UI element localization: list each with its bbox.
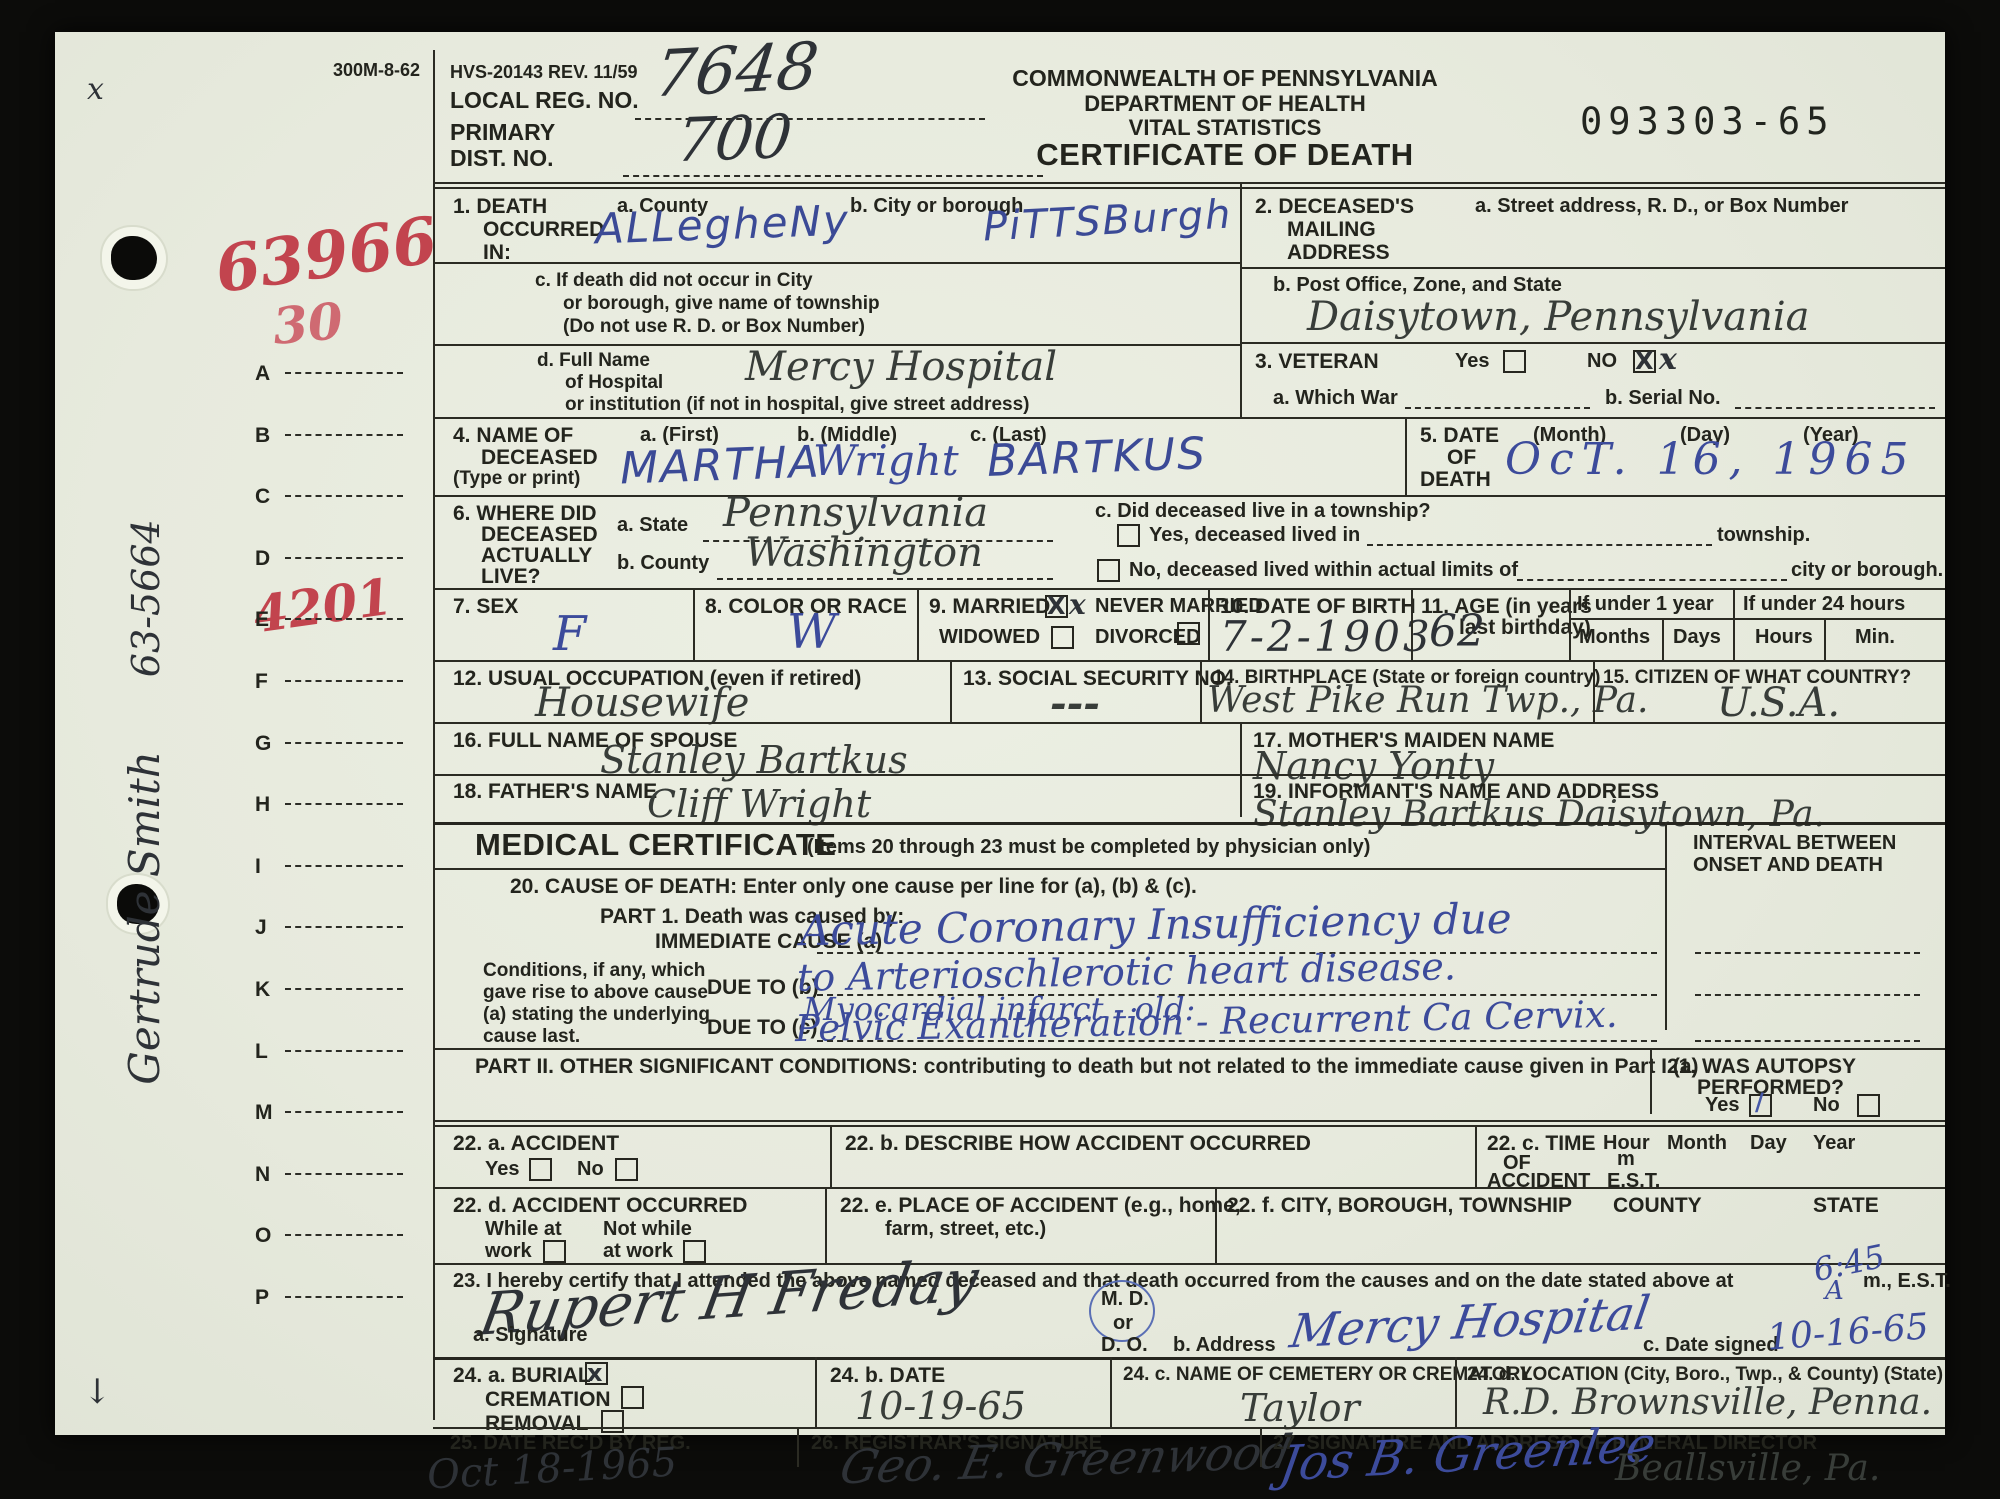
s6b-value: Washington	[745, 530, 983, 576]
s2a-label: a. Street address, R. D., or Box Number	[1475, 195, 1848, 217]
s6-label-3: ACTUALLY	[481, 544, 592, 568]
primary-dist-value: 700	[673, 102, 795, 176]
s22a-no-checkbox	[615, 1158, 638, 1183]
divider	[433, 868, 1665, 870]
s27-address-value: Beallsville, Pa.	[1615, 1448, 1880, 1480]
index-letter-row: M	[255, 1101, 403, 1125]
s1-label-3: IN:	[483, 241, 511, 265]
local-reg-value: 7648	[651, 29, 823, 112]
divider	[1824, 618, 1826, 660]
s22a-yes-checkbox	[529, 1158, 552, 1183]
index-letter-row: L	[255, 1040, 403, 1064]
stub-red-number-h: 4201	[250, 567, 396, 645]
index-letter-line	[285, 865, 403, 867]
divider	[1208, 588, 1210, 660]
s1a-value: ALLegheNy	[594, 196, 850, 254]
s22f-label: 22. f. CITY, BOROUGH, TOWNSHIP	[1227, 1194, 1572, 1218]
divider	[433, 417, 1945, 419]
divider	[950, 660, 952, 722]
index-letter-label: O	[255, 1224, 285, 1248]
stub-vertical-name: Gertrude Smith	[120, 751, 169, 1085]
index-letter-line	[285, 557, 403, 559]
divider	[1569, 588, 1571, 660]
divider	[1110, 1357, 1112, 1427]
index-letter-label: K	[255, 978, 285, 1002]
s21-no-label: No	[1813, 1094, 1840, 1116]
s3-no-pen-mark: x	[1659, 342, 1677, 377]
stub-form-code: 300M-8-62	[333, 60, 420, 80]
s3-war-line	[1405, 407, 1590, 409]
index-letter-label: D	[255, 547, 285, 571]
certificate-title: CERTIFICATE OF DEATH	[915, 138, 1535, 173]
divider	[917, 588, 919, 660]
s1d-label-1: d. Full Name	[537, 350, 650, 371]
s21-yes-label: Yes	[1705, 1094, 1739, 1116]
s1-label-2: OCCURRED	[483, 218, 604, 242]
s5-value: OcT. 16, 1965	[1505, 434, 1917, 485]
divider	[433, 262, 1240, 264]
s6c-label: c. Did deceased live in a township?	[1095, 500, 1431, 522]
divider	[1240, 722, 1242, 817]
index-letter-line	[285, 1111, 403, 1113]
s4-label-3: (Type or print)	[453, 468, 580, 489]
stub-bottom-mark: ↓	[83, 1372, 112, 1412]
s24c-value: Taylor	[1240, 1386, 1360, 1430]
index-letter-line	[285, 1234, 403, 1236]
index-letter-line	[285, 803, 403, 805]
s11-under24h-label: If under 24 hours	[1743, 593, 1905, 615]
divider	[1215, 1187, 1217, 1263]
s23-address-label: b. Address	[1173, 1334, 1276, 1356]
s6-label-1: 6. WHERE DID	[453, 502, 597, 526]
conditions-label-1: Conditions, if any, which	[483, 960, 705, 981]
s3-yes-label: Yes	[1455, 350, 1489, 372]
s14-value: West Pike Run Twp., Pa.	[1207, 680, 1648, 721]
divider	[433, 1187, 1945, 1189]
medical-certificate-title: MEDICAL CERTIFICATE	[475, 828, 836, 863]
s3-no-checkbox: X	[1633, 350, 1656, 375]
s10-value: 7-2-1903	[1220, 612, 1433, 661]
s6-township-line	[1367, 544, 1712, 546]
s22a-yes-label: Yes	[485, 1158, 519, 1180]
divider	[1455, 1357, 1457, 1427]
s2-label-3: ADDRESS	[1287, 241, 1390, 265]
index-letter-label: N	[255, 1163, 285, 1187]
s23-time-suffix: m., E.S.T.	[1863, 1270, 1951, 1292]
s9-label: 9. MARRIED	[929, 595, 1050, 619]
interval-label-1: INTERVAL BETWEEN	[1693, 832, 1896, 854]
death-certificate-scan: 300M-8-62 x 63966 30 4201 Gertrude Smith…	[55, 32, 1945, 1435]
index-letter-row: N	[255, 1163, 403, 1187]
form-revision-code: HVS-20143 REV. 11/59	[450, 62, 637, 82]
s6-label-2: DECEASED	[481, 523, 598, 547]
s11-months-label: Months	[1579, 626, 1650, 648]
divider	[1240, 267, 1945, 269]
index-letter-row: O	[255, 1224, 403, 1248]
s22d-work-label: work	[485, 1240, 532, 1262]
s3-label: 3. VETERAN	[1255, 350, 1379, 374]
s23-am-mark: A	[1825, 1276, 1844, 1306]
divider	[1733, 588, 1735, 660]
divider	[1240, 182, 1242, 417]
index-letter-line	[285, 680, 403, 682]
index-letter-row: H	[255, 793, 403, 817]
s22d-work-checkbox	[543, 1240, 566, 1265]
index-letter-label: J	[255, 916, 285, 940]
primary-dist-label-1: PRIMARY	[450, 120, 555, 146]
s5-label-3: DEATH	[1420, 468, 1491, 492]
divider	[1593, 660, 1595, 722]
s22d-label: 22. d. ACCIDENT OCCURRED	[453, 1194, 747, 1218]
interval-label-2: ONSET AND DEATH	[1693, 854, 1883, 876]
index-letter-row: D	[255, 547, 403, 571]
s22c-month-label: Month	[1667, 1132, 1727, 1154]
index-letter-row: I	[255, 855, 403, 879]
s23-signature-label: a. Signature	[473, 1324, 587, 1346]
s22d-atwork-checkbox	[683, 1240, 706, 1265]
s6-city-line	[1517, 579, 1787, 581]
s6a-label: a. State	[617, 514, 688, 536]
s22c-day-label: Day	[1750, 1132, 1787, 1154]
s18-value: Cliff Wright	[647, 782, 871, 826]
s6-yes-checkbox	[1117, 524, 1140, 549]
s5-label-2: OF	[1447, 446, 1476, 470]
index-letter-label: G	[255, 732, 285, 756]
index-letter-line	[285, 1050, 403, 1052]
index-letter-line	[285, 1173, 403, 1175]
s1d-label-3: or institution (if not in hospital, give…	[565, 394, 1029, 415]
s24a-burial-checkbox: x	[585, 1362, 608, 1387]
s21-label-1: 21. WAS AUTOPSY	[1667, 1055, 1856, 1079]
s23-address-value: Mercy Hospital	[1286, 1285, 1653, 1358]
s3-serial-label: b. Serial No.	[1605, 387, 1721, 409]
s15-value: U.S.A.	[1717, 680, 1840, 726]
title-department: DEPARTMENT OF HEALTH	[915, 92, 1535, 117]
stub-vertical-note: Gertrude Smith 63-5664	[120, 352, 180, 1252]
s7-label: 7. SEX	[453, 595, 518, 619]
index-letter-row: G	[255, 732, 403, 756]
s3-yes-checkbox	[1503, 350, 1526, 375]
s19-value: Stanley Bartkus Daisytown, Pa.	[1253, 794, 1825, 835]
divider	[1733, 618, 1945, 620]
s22a-no-label: No	[577, 1158, 604, 1180]
index-letter-label: L	[255, 1040, 285, 1064]
divider	[433, 1263, 1945, 1265]
s7-value: F	[553, 606, 586, 662]
index-letter-label: H	[255, 793, 285, 817]
s6b-label: b. County	[617, 552, 709, 574]
s1c-label-1: c. If death did not occur in City	[535, 270, 813, 291]
s22d-atwork-label: at work	[603, 1240, 673, 1262]
s2b-value: Daisytown, Pennsylvania	[1307, 294, 1810, 340]
s11-value: 62	[1429, 606, 1485, 657]
certificate-number-stamp: 093303-65	[1580, 100, 1834, 143]
index-letter-row: B	[255, 424, 403, 448]
divider	[830, 1125, 832, 1187]
index-letter-label: B	[255, 424, 285, 448]
index-letter-line	[285, 988, 403, 990]
s3-serial-line	[1735, 407, 1935, 409]
index-letter-row: F	[255, 670, 403, 694]
s12-value: Housewife	[535, 680, 749, 726]
s24a-cremation-label: CREMATION	[485, 1388, 611, 1412]
index-letter-label: P	[255, 1286, 285, 1310]
part2-label: PART II. OTHER SIGNIFICANT CONDITIONS: c…	[475, 1055, 1699, 1079]
s6b-line	[717, 578, 1053, 580]
index-letter-line	[285, 926, 403, 928]
local-reg-label: LOCAL REG. NO.	[450, 88, 639, 114]
divider	[1260, 1427, 1262, 1467]
index-letter-row: C	[255, 485, 403, 509]
index-letter-row: A	[255, 362, 403, 386]
index-letter-row: E	[255, 608, 403, 632]
s22a-label: 22. a. ACCIDENT	[453, 1132, 619, 1156]
s21-yes-checkbox: /	[1749, 1094, 1772, 1119]
index-letter-line	[285, 372, 403, 374]
divider	[433, 1120, 1945, 1122]
index-letter-row: K	[255, 978, 403, 1002]
s1d-label-2: of Hospital	[565, 372, 663, 393]
s20-label: 20. CAUSE OF DEATH: Enter only one cause…	[510, 875, 1197, 899]
divider	[433, 182, 1945, 184]
divider	[1240, 342, 1945, 344]
divider	[433, 1048, 1945, 1050]
s9-widowed-checkbox	[1051, 626, 1074, 651]
divider	[797, 1427, 799, 1467]
s3-war-label: a. Which War	[1273, 387, 1398, 409]
s1d-value: Mercy Hospital	[745, 344, 1057, 390]
medical-certificate-subtitle: (Items 20 through 23 must be completed b…	[807, 836, 1370, 858]
s22f-state-label: STATE	[1813, 1194, 1879, 1218]
s1c-label-3: (Do not use R. D. or Box Number)	[563, 316, 865, 337]
s9-divorced-label: DIVORCED	[1095, 626, 1201, 648]
s4-middle-name: Wright	[813, 436, 959, 485]
s1c-label-2: or borough, give name of township	[563, 293, 880, 314]
s22c-est-label: E.S.T.	[1607, 1170, 1660, 1192]
s2-label-2: MAILING	[1287, 218, 1376, 242]
divider	[433, 774, 1945, 776]
s22f-county-label: COUNTY	[1613, 1194, 1702, 1218]
s23-do-label: D. O.	[1101, 1334, 1148, 1356]
divider	[433, 187, 1945, 189]
divider	[1650, 1048, 1652, 1114]
divider	[433, 1125, 1945, 1127]
index-letter-label: A	[255, 362, 285, 386]
s23-date-signed-label: c. Date signed	[1643, 1334, 1779, 1356]
divider	[433, 822, 1945, 825]
s24d-value: R.D. Brownsville, Penna.	[1483, 1382, 1932, 1423]
divider	[1569, 618, 1733, 620]
punch-hole-top	[111, 236, 157, 280]
s3-no-label: NO	[1587, 350, 1617, 372]
conditions-label-2: gave rise to above cause	[483, 982, 708, 1003]
s1-label-1: 1. DEATH	[453, 195, 547, 219]
s24a-burial-label: 24. a. BURIAL	[453, 1364, 591, 1388]
index-letter-label: C	[255, 485, 285, 509]
s22c-year-label: Year	[1813, 1132, 1855, 1154]
s22b-label: 22. b. DESCRIBE HOW ACCIDENT OCCURRED	[845, 1132, 1311, 1156]
index-letter-label: I	[255, 855, 285, 879]
s11-days-label: Days	[1673, 626, 1721, 648]
s22e-label-2: farm, street, etc.)	[885, 1218, 1046, 1240]
s9-married-checkbox: X	[1045, 595, 1068, 620]
s23-date-signed-value: 10-16-65	[1766, 1306, 1930, 1358]
s22d-notwhile-label: Not while	[603, 1218, 692, 1240]
s9-married-pen-mark: x	[1069, 588, 1086, 621]
divider	[433, 660, 1945, 662]
divider	[433, 495, 1945, 497]
s22c-m-label: m	[1617, 1148, 1635, 1170]
index-letter-label: F	[255, 670, 285, 694]
s23-md-label: M. D.	[1101, 1288, 1149, 1310]
s6-township-label: township.	[1717, 524, 1810, 546]
index-letter-line	[285, 495, 403, 497]
s24a-cremation-checkbox	[621, 1386, 644, 1411]
s4-label-2: DECEASED	[481, 446, 598, 470]
s4-label-1: 4. NAME OF	[453, 424, 573, 448]
divider	[815, 1357, 817, 1427]
s2-label-1: 2. DECEASED'S	[1255, 195, 1414, 219]
s6-no-line-label: No, deceased lived within actual limits …	[1129, 559, 1518, 581]
s6-city-borough-label: city or borough.	[1791, 559, 1943, 581]
stub-vertical-number: 63-5664	[124, 519, 168, 677]
divider	[1405, 417, 1407, 495]
index-letter-label: M	[255, 1101, 285, 1125]
divider	[1665, 822, 1667, 1030]
stub-red-number-2: 30	[271, 291, 345, 356]
divider	[693, 588, 695, 660]
divider	[433, 588, 1945, 590]
s11-hours-label: Hours	[1755, 626, 1813, 648]
primary-dist-label-2: DIST. NO.	[450, 146, 554, 172]
s24b-value: 10-19-65	[855, 1384, 1026, 1428]
index-letter-line	[285, 1296, 403, 1298]
divider	[1662, 618, 1664, 660]
s6-label-4: LIVE?	[481, 565, 541, 589]
s9-widowed-label: WIDOWED	[939, 626, 1040, 648]
divider	[1200, 660, 1202, 722]
interval-b-line	[1695, 994, 1920, 996]
s13-value: ---	[1050, 680, 1100, 727]
s8-value: W	[787, 604, 836, 660]
index-letter-line	[285, 434, 403, 436]
index-letter-label: E	[255, 608, 285, 632]
divider	[433, 1357, 1945, 1360]
conditions-label-3: (a) stating the underlying	[483, 1004, 710, 1025]
s6-yes-line-label: Yes, deceased lived in	[1149, 524, 1360, 546]
interval-a-line	[1695, 952, 1920, 954]
conditions-label-4: cause last.	[483, 1026, 580, 1047]
s11-under1yr-label: If under 1 year	[1577, 593, 1714, 615]
divider	[825, 1187, 827, 1263]
s11-min-label: Min.	[1855, 626, 1895, 648]
index-letter-line	[285, 618, 403, 620]
index-letter-row: J	[255, 916, 403, 940]
s6-no-checkbox	[1097, 559, 1120, 584]
s5-label-1: 5. DATE	[1420, 424, 1499, 448]
cause-c-line	[817, 1040, 1657, 1042]
divider	[433, 722, 1945, 724]
s23-or-label: or	[1113, 1312, 1133, 1334]
index-letter-row: P	[255, 1286, 403, 1310]
stub-x-mark: x	[87, 72, 104, 107]
divider	[1411, 588, 1413, 660]
stub-divider	[433, 50, 435, 1420]
s4-first-name: MARTHA	[619, 437, 821, 495]
interval-c-line	[1695, 1040, 1920, 1042]
s22c-accident-label: ACCIDENT	[1487, 1170, 1590, 1192]
s18-label: 18. FATHER'S NAME	[453, 780, 657, 804]
s21-no-checkbox	[1857, 1094, 1880, 1119]
s22e-label-1: 22. e. PLACE OF ACCIDENT (e.g., home,	[840, 1194, 1241, 1218]
title-commonwealth: COMMONWEALTH OF PENNSYLVANIA	[915, 66, 1535, 92]
s4-last-name: BARTKUS	[986, 428, 1208, 487]
s22d-while-label: While at	[485, 1218, 562, 1240]
divider	[1475, 1125, 1477, 1187]
index-letter-line	[285, 742, 403, 744]
